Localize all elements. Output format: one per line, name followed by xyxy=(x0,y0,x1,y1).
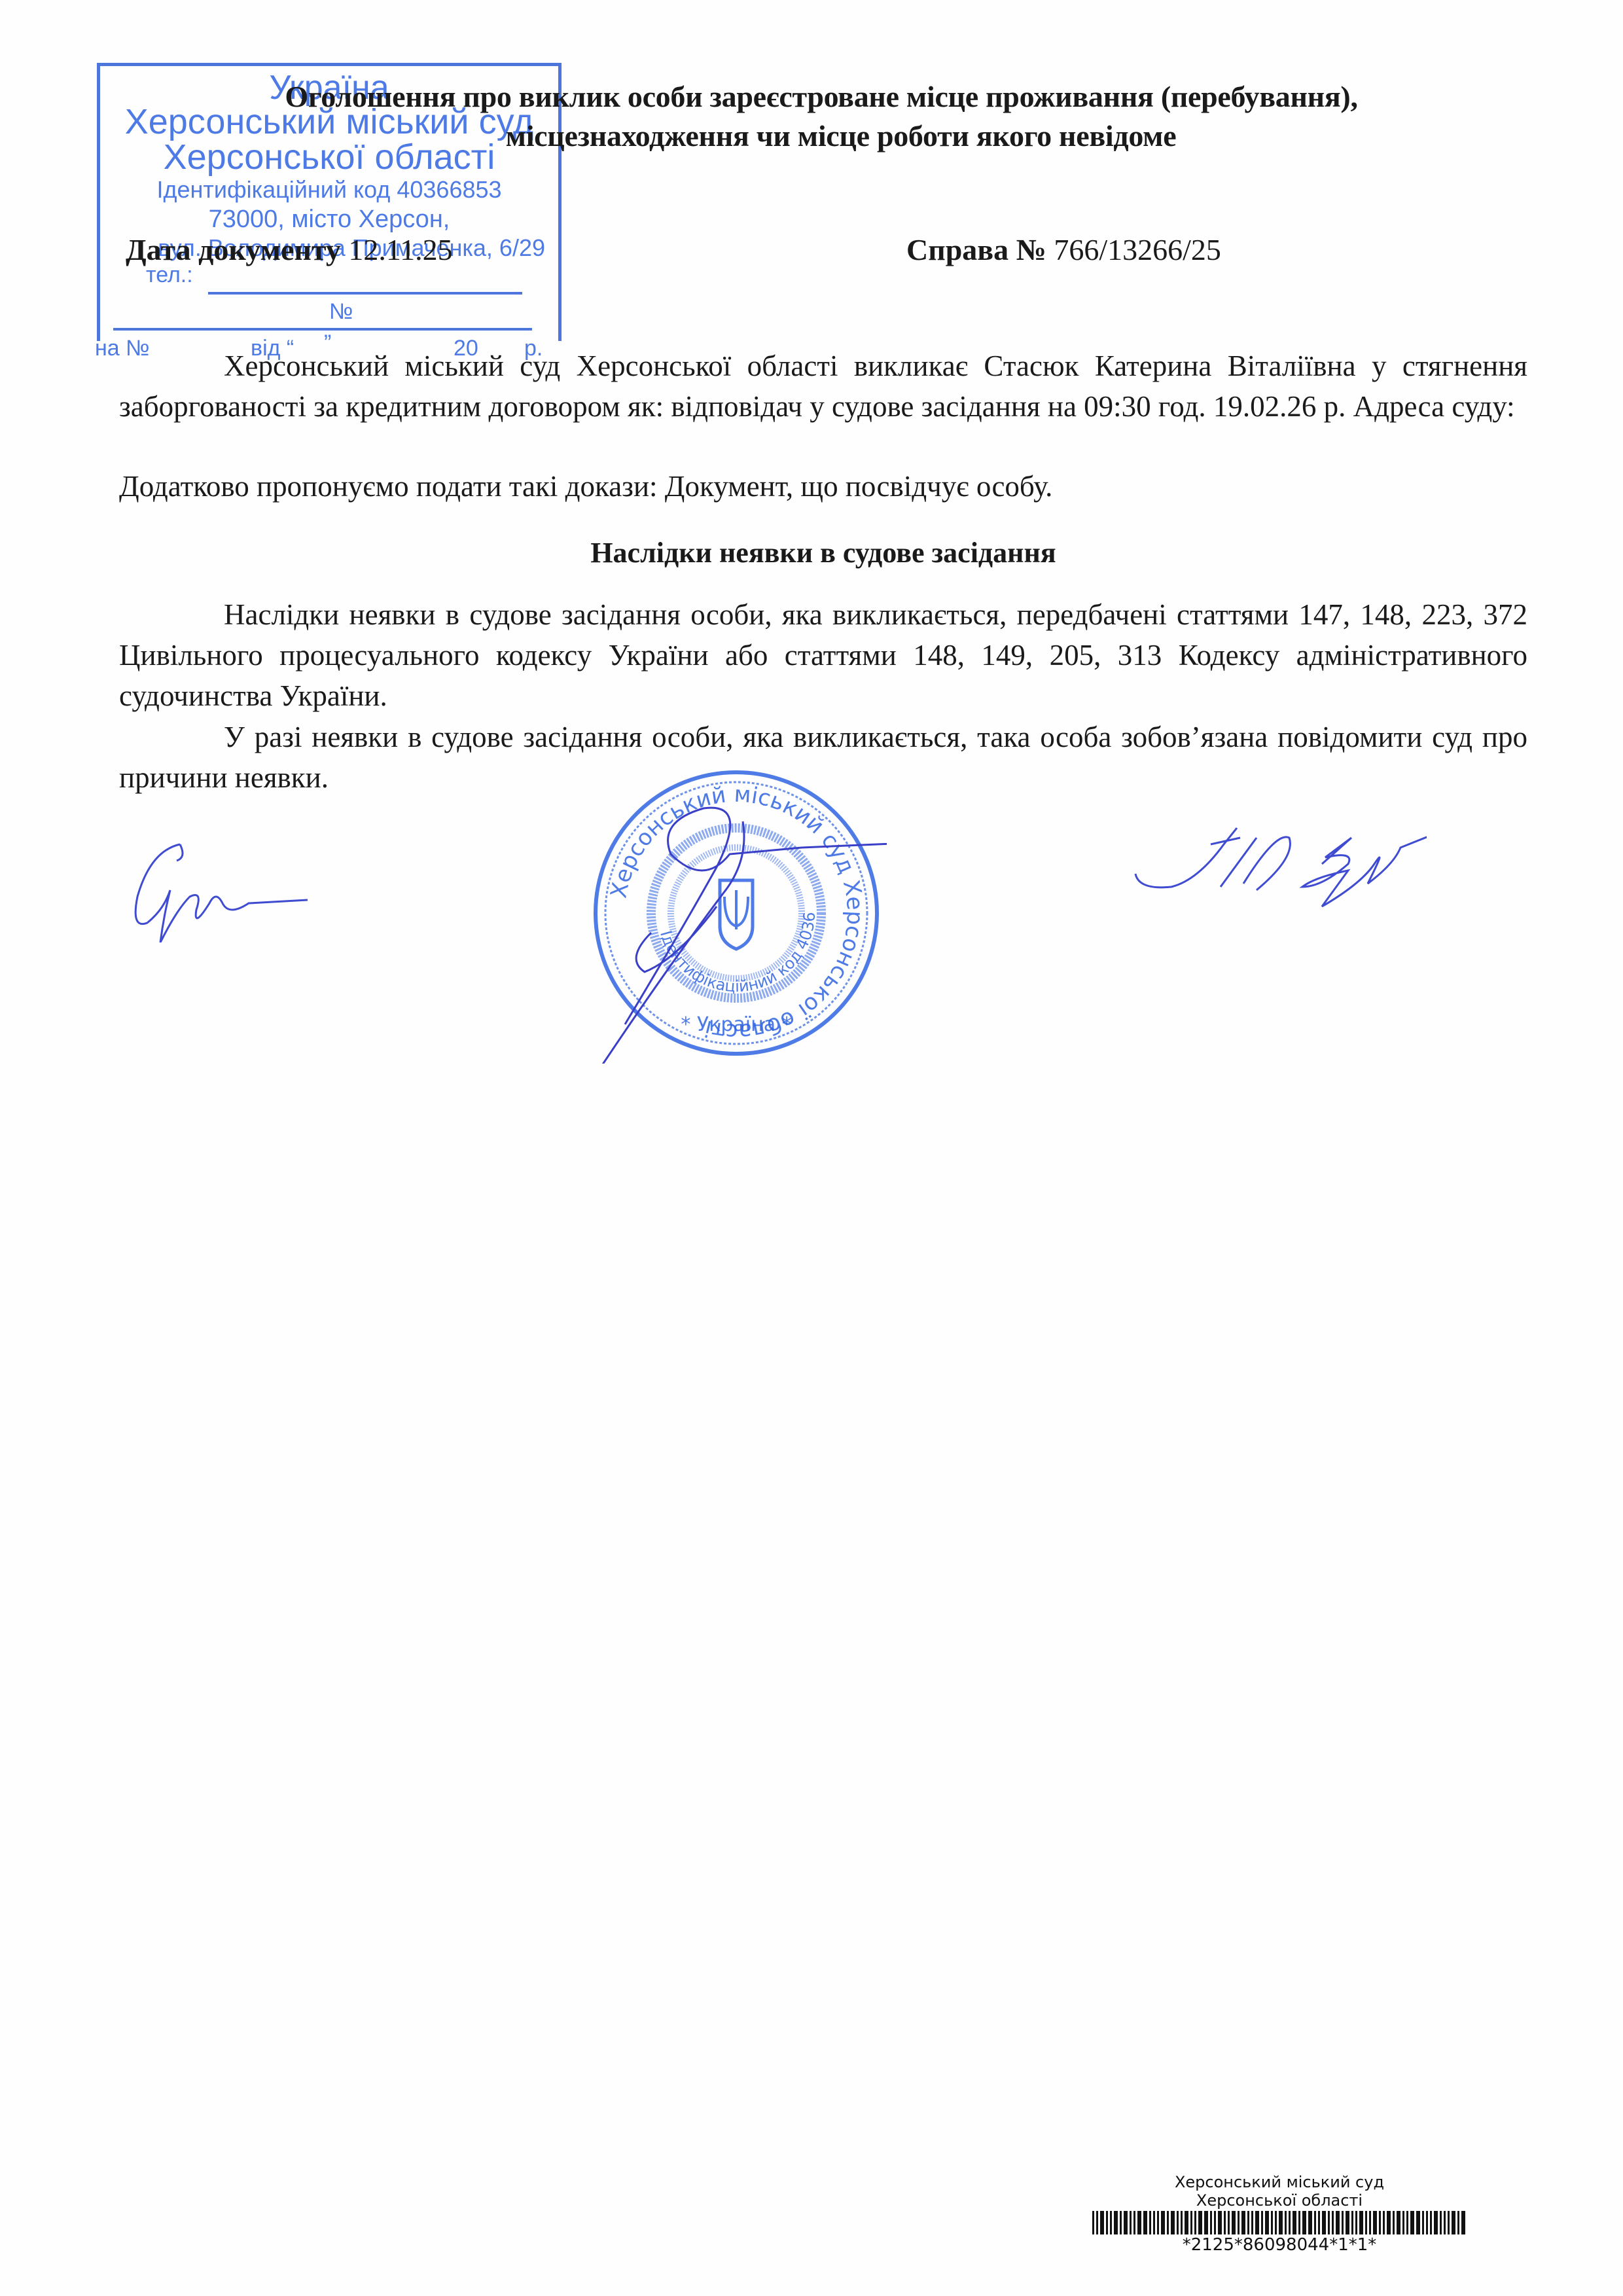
document-date: Дата документу 12.11.25 xyxy=(126,230,453,270)
footer-court-line-1: Херсонський міський суд xyxy=(1041,2173,1518,2191)
signature-right xyxy=(1126,812,1427,923)
footer-block: Херсонський міський суд Херсонської обла… xyxy=(1041,2173,1518,2254)
date-value: 12.11.25 xyxy=(348,233,452,266)
document-title: Оголошення про виклик особи зареєстрован… xyxy=(118,77,1525,156)
document-page: Україна Херсонський міський суд Херсонсь… xyxy=(0,0,1623,2296)
case-number: Справа № 766/13266/25 xyxy=(906,230,1221,270)
stamp-city: 73000, місто Херсон, xyxy=(100,205,558,234)
case-value: 766/13266/25 xyxy=(1054,233,1221,266)
stamp-tel-line xyxy=(208,292,522,295)
seal-icon: Херсонський міський суд Херсонської обла… xyxy=(586,762,887,1064)
signature-left xyxy=(124,831,321,942)
footer-court-line-2: Херсонської області xyxy=(1041,2191,1518,2210)
stamp-id-code: Ідентифікаційний код 40366853 xyxy=(100,175,558,205)
title-line-1: Оголошення про виклик особи зареєстрован… xyxy=(285,80,1357,113)
case-label: Справа № xyxy=(906,233,1046,266)
summons-paragraph: Херсонський міський суд Херсонської обла… xyxy=(119,346,1527,427)
stamp-number-line xyxy=(113,328,532,331)
stamp-number-label: № xyxy=(329,299,353,325)
title-line-2: місцезнаходження чи місце роботи якого н… xyxy=(118,117,1525,156)
date-label: Дата документу xyxy=(126,233,341,266)
svg-text:* Україна *: * Україна * xyxy=(681,1013,791,1036)
consequences-paragraph: Наслідки неявки в судове засідання особи… xyxy=(119,594,1527,716)
round-court-seal: Херсонський міський суд Херсонської обла… xyxy=(586,762,887,1064)
evidence-paragraph: Додатково пропонуємо подати такі докази:… xyxy=(119,466,1527,507)
barcode-text: *2125*86098044*1*1* xyxy=(1041,2236,1518,2254)
barcode xyxy=(1041,2211,1518,2234)
section-heading: Наслідки неявки в судове засідання xyxy=(119,533,1527,573)
